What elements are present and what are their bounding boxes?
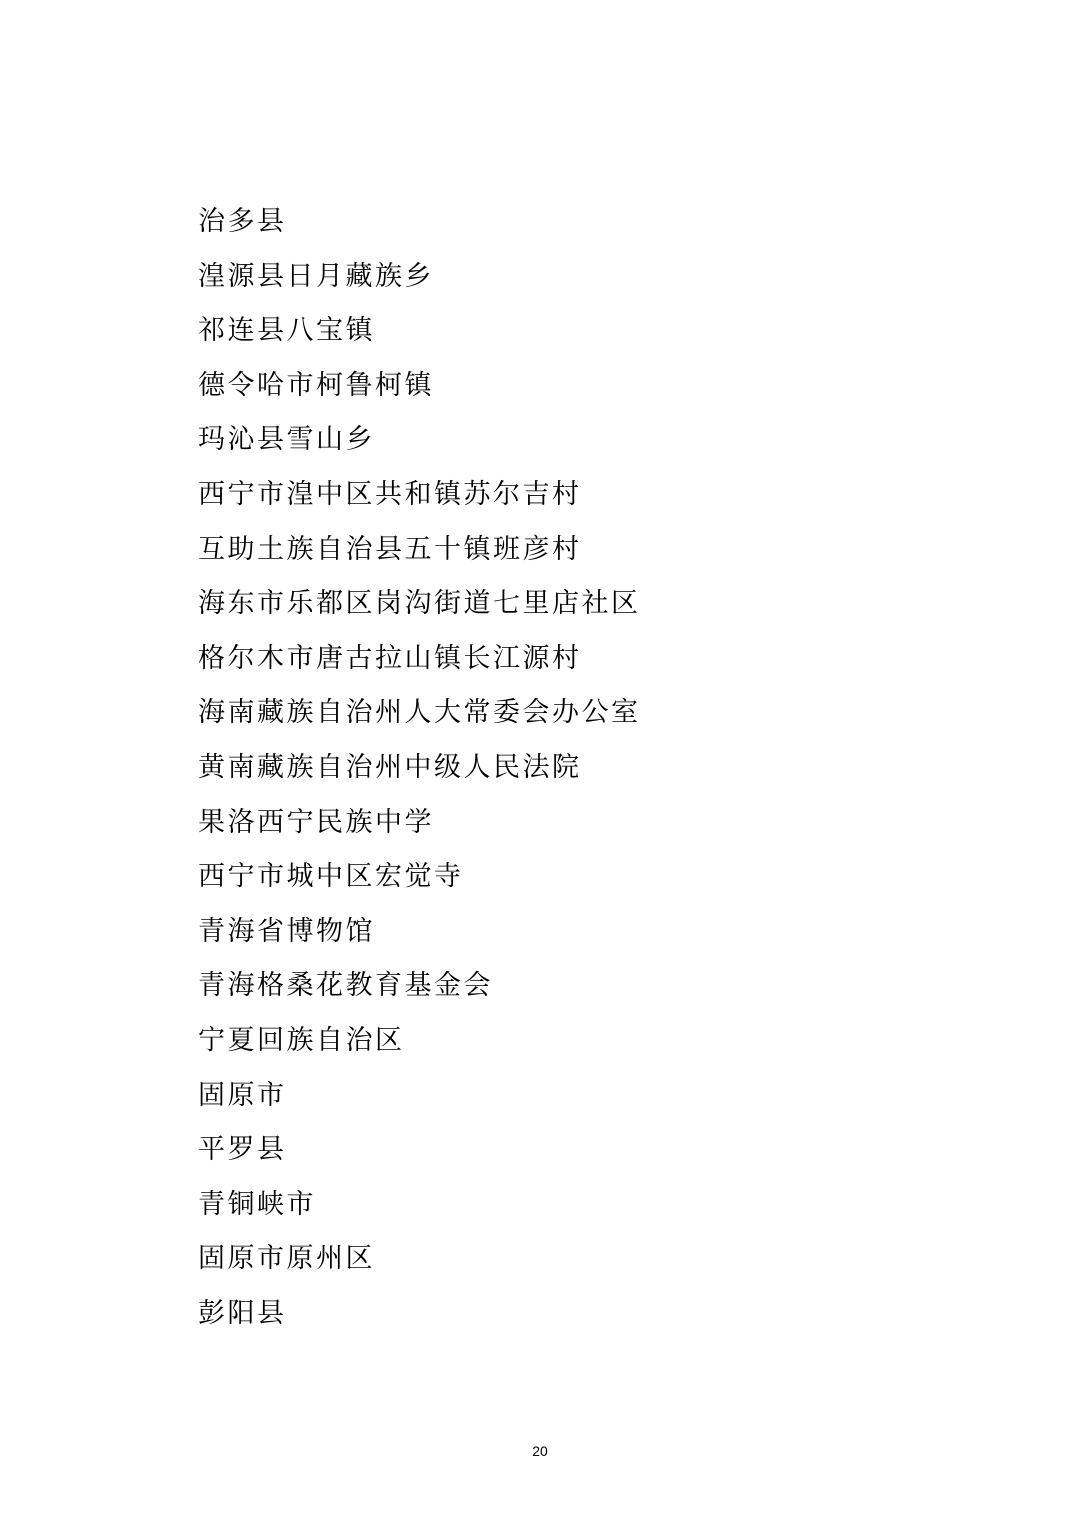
list-item: 玛沁县雪山乡	[198, 418, 641, 473]
list-item: 祁连县八宝镇	[198, 309, 641, 364]
list-item: 青铜峡市	[198, 1183, 641, 1238]
list-item: 彭阳县	[198, 1292, 641, 1347]
document-page: 治多县 湟源县日月藏族乡 祁连县八宝镇 德令哈市柯鲁柯镇 玛沁县雪山乡 西宁市湟…	[0, 0, 1080, 1528]
list-item: 西宁市湟中区共和镇苏尔吉村	[198, 473, 641, 528]
entry-list: 治多县 湟源县日月藏族乡 祁连县八宝镇 德令哈市柯鲁柯镇 玛沁县雪山乡 西宁市湟…	[198, 200, 641, 1346]
list-item: 格尔木市唐古拉山镇长江源村	[198, 637, 641, 692]
list-item: 西宁市城中区宏觉寺	[198, 855, 641, 910]
list-item: 德令哈市柯鲁柯镇	[198, 364, 641, 419]
page-number: 20	[0, 1443, 1080, 1459]
list-item: 固原市	[198, 1074, 641, 1129]
list-item: 平罗县	[198, 1128, 641, 1183]
list-item: 湟源县日月藏族乡	[198, 255, 641, 310]
list-item: 互助土族自治县五十镇班彦村	[198, 528, 641, 583]
list-item: 青海省博物馆	[198, 910, 641, 965]
list-item: 治多县	[198, 200, 641, 255]
list-item: 黄南藏族自治州中级人民法院	[198, 746, 641, 801]
list-item: 青海格桑花教育基金会	[198, 964, 641, 1019]
list-item: 果洛西宁民族中学	[198, 801, 641, 856]
list-item: 固原市原州区	[198, 1237, 641, 1292]
list-item: 海南藏族自治州人大常委会办公室	[198, 691, 641, 746]
list-item: 海东市乐都区岗沟街道七里店社区	[198, 582, 641, 637]
list-item: 宁夏回族自治区	[198, 1019, 641, 1074]
